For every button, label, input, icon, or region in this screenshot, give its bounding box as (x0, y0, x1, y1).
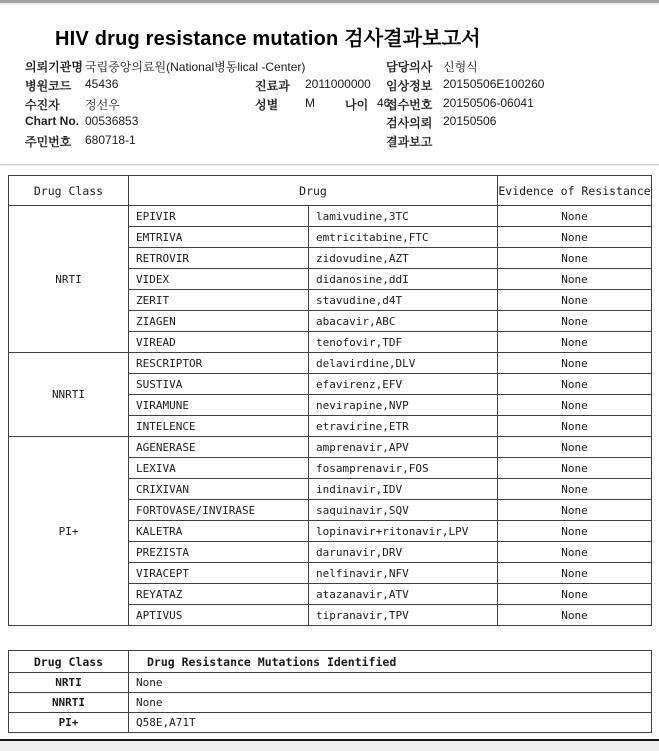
evidence-cell: None (498, 479, 652, 500)
mutations-cell: None (129, 693, 652, 713)
footer-strip (0, 741, 659, 751)
table-row: NNRTI RESCRIPTOR delavirdine,DLV None (9, 353, 652, 374)
department-label: 진료과 (255, 77, 290, 94)
brand-cell: LEXIVA (129, 458, 309, 479)
header-row-2: 병원코드 45436 진료과 2011000000 임상정보 20150506E… (0, 77, 659, 93)
brand-cell: PREZISTA (129, 542, 309, 563)
generic-cell: tipranavir,TPV (309, 605, 498, 626)
patient-value: 정선우 (85, 96, 120, 113)
evidence-cell: None (498, 269, 652, 290)
brand-cell: RETROVIR (129, 248, 309, 269)
brand-cell: EPIVIR (129, 206, 309, 227)
generic-cell: didanosine,ddI (309, 269, 498, 290)
evidence-cell: None (498, 374, 652, 395)
header-row-3: 수진자 정선우 성별 M 나이 46 접수번호 20150506-06041 (0, 96, 659, 112)
drug-class-cell: PI+ (9, 437, 129, 626)
generic-cell: emtricitabine,FTC (309, 227, 498, 248)
resident-no-value: 680718-1 (85, 133, 136, 147)
brand-cell: ZIAGEN (129, 311, 309, 332)
clinical-info-value: 20150506E100260 (443, 77, 544, 91)
mutation-class-cell: PI+ (9, 713, 129, 733)
brand-cell: REYATAZ (129, 584, 309, 605)
evidence-cell: None (498, 563, 652, 584)
evidence-cell: None (498, 227, 652, 248)
brand-cell: VIREAD (129, 332, 309, 353)
generic-cell: nevirapine,NVP (309, 395, 498, 416)
page: { "title": "HIV drug resistance mutation… (0, 0, 659, 751)
mutations-header: Drug Resistance Mutations Identified (129, 651, 652, 673)
header-row-1: 의뢰기관명 국립중앙의료원(National병동lical -Center) 담… (0, 58, 659, 74)
resistance-table-header-row: Drug Class Drug Evidence of Resistance (9, 176, 652, 206)
generic-cell: efavirenz,EFV (309, 374, 498, 395)
generic-cell: delavirdine,DLV (309, 353, 498, 374)
section-divider (0, 164, 659, 166)
brand-cell: SUSTIVA (129, 374, 309, 395)
hospital-code-label: 병원코드 (25, 77, 71, 94)
evidence-cell: None (498, 500, 652, 521)
table-row: NRTI EPIVIR lamivudine,3TC None (9, 206, 652, 227)
resistance-table: Drug Class Drug Evidence of Resistance N… (8, 175, 652, 626)
test-request-value: 20150506 (443, 114, 496, 128)
test-request-label: 검사의뢰 (386, 114, 432, 131)
evidence-cell: None (498, 542, 652, 563)
doctor-label: 담당의사 (386, 58, 432, 75)
table-row: NNRTI None (9, 693, 652, 713)
sex-label: 성별 (255, 96, 278, 113)
evidence-cell: None (498, 248, 652, 269)
mutation-class-cell: NNRTI (9, 693, 129, 713)
drug-header: Drug (129, 176, 498, 206)
brand-cell: VIRAMUNE (129, 395, 309, 416)
patient-label: 수진자 (25, 96, 60, 113)
brand-cell: FORTOVASE/INVIRASE (129, 500, 309, 521)
chart-no-value: 00536853 (85, 114, 138, 128)
evidence-cell: None (498, 311, 652, 332)
drug-class-header: Drug Class (9, 176, 129, 206)
generic-cell: lamivudine,3TC (309, 206, 498, 227)
evidence-cell: None (498, 521, 652, 542)
clinical-info-label: 임상정보 (386, 77, 432, 94)
brand-cell: ZERIT (129, 290, 309, 311)
brand-cell: KALETRA (129, 521, 309, 542)
brand-cell: INTELENCE (129, 416, 309, 437)
generic-cell: abacavir,ABC (309, 311, 498, 332)
header-row-4: Chart No. 00536853 검사의뢰 20150506 (0, 114, 659, 130)
generic-cell: atazanavir,ATV (309, 584, 498, 605)
mutation-class-cell: NRTI (9, 673, 129, 693)
evidence-cell: None (498, 353, 652, 374)
receipt-no-value: 20150506-06041 (443, 96, 534, 110)
mutations-drug-class-header: Drug Class (9, 651, 129, 673)
mutations-table: Drug Class Drug Resistance Mutations Ide… (8, 650, 652, 733)
department-value: 2011000000 (305, 77, 371, 91)
generic-cell: lopinavir+ritonavir,LPV (309, 521, 498, 542)
age-label: 나이 (345, 96, 368, 113)
doctor-value: 신형식 (443, 58, 478, 75)
generic-cell: amprenavir,APV (309, 437, 498, 458)
evidence-cell: None (498, 584, 652, 605)
result-report-label: 결과보고 (386, 133, 432, 150)
generic-cell: nelfinavir,NFV (309, 563, 498, 584)
generic-cell: stavudine,d4T (309, 290, 498, 311)
evidence-cell: None (498, 206, 652, 227)
sex-value: M (305, 96, 315, 110)
table-row: PI+ Q58E,A71T (9, 713, 652, 733)
top-bar-shade (0, 3, 659, 5)
drug-class-cell: NRTI (9, 206, 129, 353)
generic-cell: indinavir,IDV (309, 479, 498, 500)
evidence-cell: None (498, 605, 652, 626)
brand-cell: VIDEX (129, 269, 309, 290)
generic-cell: fosamprenavir,FOS (309, 458, 498, 479)
chart-no-label: Chart No. (25, 114, 79, 128)
evidence-cell: None (498, 458, 652, 479)
table-row: PI+ AGENERASE amprenavir,APV None (9, 437, 652, 458)
table-row: NRTI None (9, 673, 652, 693)
receipt-no-label: 접수번호 (386, 96, 432, 113)
drug-class-cell: NNRTI (9, 353, 129, 437)
mutations-table-header-row: Drug Class Drug Resistance Mutations Ide… (9, 651, 652, 673)
evidence-cell: None (498, 290, 652, 311)
brand-cell: AGENERASE (129, 437, 309, 458)
evidence-cell: None (498, 395, 652, 416)
brand-cell: RESCRIPTOR (129, 353, 309, 374)
generic-cell: darunavir,DRV (309, 542, 498, 563)
brand-cell: VIRACEPT (129, 563, 309, 584)
mutations-cell: Q58E,A71T (129, 713, 652, 733)
org-name-label: 의뢰기관명 (25, 58, 83, 75)
generic-cell: etravirine,ETR (309, 416, 498, 437)
brand-cell: APTIVUS (129, 605, 309, 626)
hospital-code-value: 45436 (85, 77, 118, 91)
evidence-cell: None (498, 416, 652, 437)
evidence-cell: None (498, 332, 652, 353)
org-name-value: 국립중앙의료원(National병동lical -Center) (85, 58, 305, 75)
mutations-cell: None (129, 673, 652, 693)
generic-cell: tenofovir,TDF (309, 332, 498, 353)
brand-cell: CRIXIVAN (129, 479, 309, 500)
resident-no-label: 주민번호 (25, 133, 71, 150)
evidence-header: Evidence of Resistance (498, 176, 652, 206)
evidence-cell: None (498, 437, 652, 458)
generic-cell: zidovudine,AZT (309, 248, 498, 269)
brand-cell: EMTRIVA (129, 227, 309, 248)
report-title: HIV drug resistance mutation 검사결과보고서 (55, 22, 481, 51)
generic-cell: saquinavir,SQV (309, 500, 498, 521)
header-row-5: 주민번호 680718-1 결과보고 (0, 133, 659, 149)
